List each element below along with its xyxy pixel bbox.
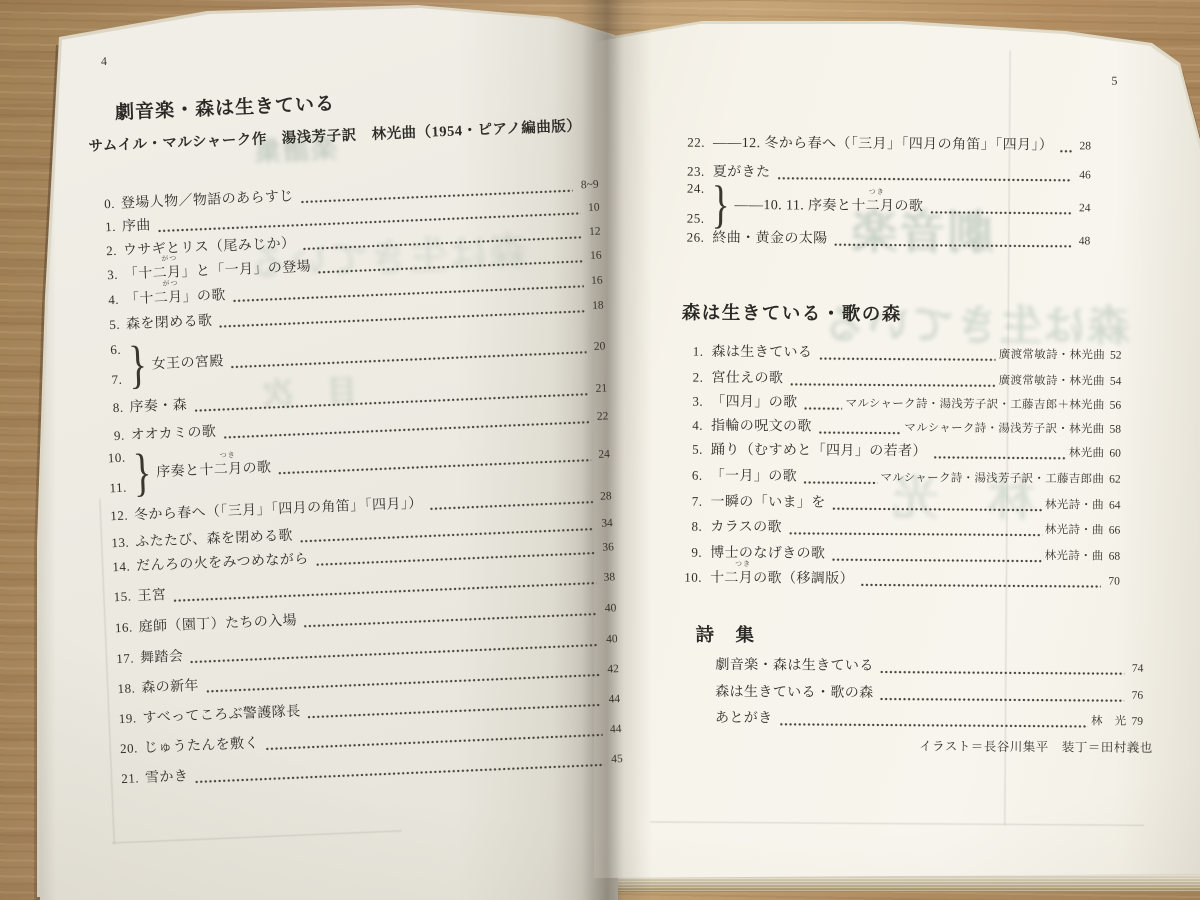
toc-title: すべってころぶ警護隊長: [142, 701, 301, 728]
toc-row: 森は生きている・歌の森76: [715, 681, 1143, 704]
toc-title: 序曲: [121, 214, 151, 235]
toc-title: 序奏・森: [129, 394, 187, 416]
dot-leader-line: [881, 662, 1124, 677]
toc-title: 序奏と十二月の歌つき: [156, 457, 272, 482]
dot-leader-line: [278, 450, 591, 476]
dot-leader-line: [429, 492, 592, 512]
toc-group-entry: 女王の宮殿20: [151, 334, 605, 373]
toc-title: ふたたび、森を閉める歌: [135, 525, 294, 552]
colophon: イラスト＝長谷川集平 装丁＝田村義也: [851, 736, 1153, 756]
toc-page-number: 74: [1132, 663, 1144, 675]
toc-number: 17.: [92, 650, 135, 668]
toc-number: 8.: [81, 400, 124, 418]
toc-title: 「十二月」の歌がつ: [125, 284, 227, 308]
toc-number: 0.: [73, 196, 116, 214]
toc-title: だんろの火をみつめながら: [136, 548, 309, 575]
toc-number: 7.: [80, 372, 123, 390]
toc-number: 16.: [90, 619, 133, 637]
toc-number: 21.: [97, 770, 140, 788]
toc-title: 庭師（園丁）たちの入場: [138, 610, 297, 637]
toc-number: 15.: [89, 589, 132, 607]
toc-number: 2.: [75, 243, 118, 261]
toc-number: 11.: [85, 480, 128, 498]
dot-leader-line: [881, 689, 1124, 704]
toc-row: あとがき林 光79: [715, 707, 1143, 730]
toc-title: 女王の宮殿: [151, 350, 224, 373]
toc-title: 雪かき: [145, 765, 189, 787]
toc-page-number: 76: [1132, 690, 1144, 702]
toc-title: あとがき: [715, 707, 773, 727]
toc-title: 劇音楽・森は生きている: [715, 654, 874, 675]
toc-title: ウサギとリス（尾みじか）: [122, 232, 295, 259]
show-through-frame-line: [650, 821, 1144, 825]
toc-title: 森を閉める歌: [126, 310, 213, 334]
dot-leader-line: [780, 714, 1089, 729]
dot-leader-line: [195, 755, 603, 785]
toc-title: じゅうたんを敷く: [143, 732, 259, 757]
toc-title: 王宮: [137, 584, 167, 605]
toc-page-number: 79: [1131, 716, 1143, 728]
toc-number: 5.: [78, 317, 121, 335]
toc-number: 14.: [88, 559, 131, 577]
toc-number: 10.: [83, 450, 126, 468]
furigana-annotation: がつ: [161, 253, 177, 264]
dot-leader-line: [304, 604, 597, 629]
dot-leader-line: [307, 695, 601, 720]
toc-title: 舞踏会: [140, 645, 184, 667]
left-page-content: 楽譜集 森は生きている 目 次 4 劇音楽・森は生きている サムイル・マルシャー…: [60, 15, 641, 897]
furigana-annotation: つき: [219, 450, 235, 461]
toc-number: 19.: [94, 710, 137, 728]
dot-leader-line: [231, 342, 587, 370]
toc-group-numbers: 10.11.: [83, 450, 127, 498]
toc-title: 「十二月」と「一月」の登場がつ: [124, 256, 312, 284]
poem-list: 劇音楽・森は生きている74森は生きている・歌の森76あとがき林 光79: [591, 0, 1156, 744]
toc-number: 6.: [79, 342, 122, 360]
toc-credit: 林 光: [1091, 712, 1127, 728]
toc-group-entry: 序奏と十二月の歌つき24: [156, 442, 610, 481]
left-page-list: 0.登場人物／物語のあらすじ8~91.序曲102.ウサギとリス（尾みじか）123…: [60, 15, 633, 837]
brace-glyph: }: [132, 445, 152, 498]
toc-title: オオカミの歌: [130, 421, 216, 445]
brace-glyph: }: [128, 337, 148, 390]
toc-group-numbers: 6.7.: [79, 342, 123, 390]
furigana-annotation: がつ: [162, 278, 178, 289]
dot-leader-line: [315, 543, 594, 568]
right-page-content: 劇音楽 森は生きている 林 光 5 22.——12. 冬から春へ（「三月」「四月…: [590, 0, 1200, 894]
toc-number: 1.: [74, 219, 117, 237]
toc-title: 森は生きている・歌の森: [715, 681, 874, 702]
toc-number: 3.: [76, 267, 119, 285]
toc-number: 9.: [82, 428, 125, 446]
dot-leader-line: [266, 725, 603, 752]
toc-number: 18.: [93, 680, 136, 698]
toc-number: 12.: [86, 508, 129, 526]
toc-number: 4.: [77, 292, 120, 310]
toc-number: 20.: [96, 740, 139, 758]
toc-title: 森の新年: [141, 675, 199, 697]
toc-number: 13.: [87, 535, 130, 553]
toc-row: 劇音楽・森は生きている74: [715, 654, 1143, 677]
